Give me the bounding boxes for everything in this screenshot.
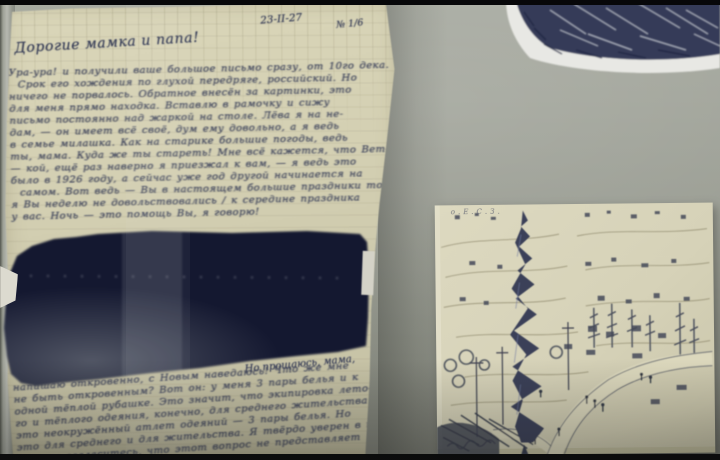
- sketch-caption: о.Е.С.З.: [451, 208, 503, 217]
- letter-line: в семье милашка. Как на старике большие …: [10, 132, 404, 152]
- letter-salutation: Дорогие мамка и папа!: [14, 30, 200, 57]
- letter-line: у вас. Ночь — это помощь Вы, я говорю!: [11, 204, 405, 224]
- glass-glint-line: [30, 275, 346, 279]
- letter-line: ты, мама. Куда же ты стареть! Мне всё ка…: [10, 144, 404, 164]
- letter-line: Срок его хождения по глухой передряге, р…: [9, 72, 403, 92]
- letter-line: ничего не порвалось. Обратное внесён за …: [9, 84, 403, 104]
- village-sketch-drawing: [435, 203, 716, 456]
- letter-line: письмо постоянно над жаркой на столе. Лё…: [9, 108, 403, 128]
- letter-line: го и тёплого одеяния, конечно, для средн…: [15, 394, 394, 430]
- letter-number: № 1/6: [336, 17, 364, 31]
- letter-body-top: Ура-ура! и получили ваше большое письмо …: [8, 60, 405, 224]
- top-frame-bar: [0, 0, 720, 5]
- bottom-frame-bar: [0, 454, 720, 460]
- letter-line: — кой, ещё раз наверно я приезжал к вам,…: [10, 156, 404, 176]
- letter-line: для меня прямо находка. Вставлю в рамочк…: [9, 96, 403, 116]
- tape-piece-right: [361, 251, 375, 295]
- village-sketch: о.Е.С.З.: [435, 203, 716, 456]
- letter-line: это неокружённый атлет одеяний — 3 пары …: [16, 406, 395, 442]
- censor-ink: [2, 228, 374, 394]
- letter-line: я Вы неделю не довольствовались / к сере…: [11, 192, 405, 212]
- letter-line: было в 1926 году, а сейчас уже год друго…: [11, 168, 405, 188]
- letter-line: Ура-ура! и получили ваше большое письмо …: [8, 60, 402, 80]
- letter-date: 23-II-27: [260, 11, 303, 26]
- photo-of-display: 23-II-27 № 1/6 Дорогие мамка и папа! Ура…: [0, 0, 720, 460]
- letter-line: дам, — он имеет всё своё, дум ему доволь…: [10, 120, 404, 140]
- letter-line: это для среднего и для жительства. Я твё…: [17, 418, 396, 454]
- ink-sketch-fragment: [490, 0, 720, 82]
- censor-redaction-block: [2, 228, 374, 394]
- ink-sketch-drawing: [490, 0, 720, 82]
- letter-line: самом. Вот ведь — Вы в настоящем большие…: [11, 180, 405, 200]
